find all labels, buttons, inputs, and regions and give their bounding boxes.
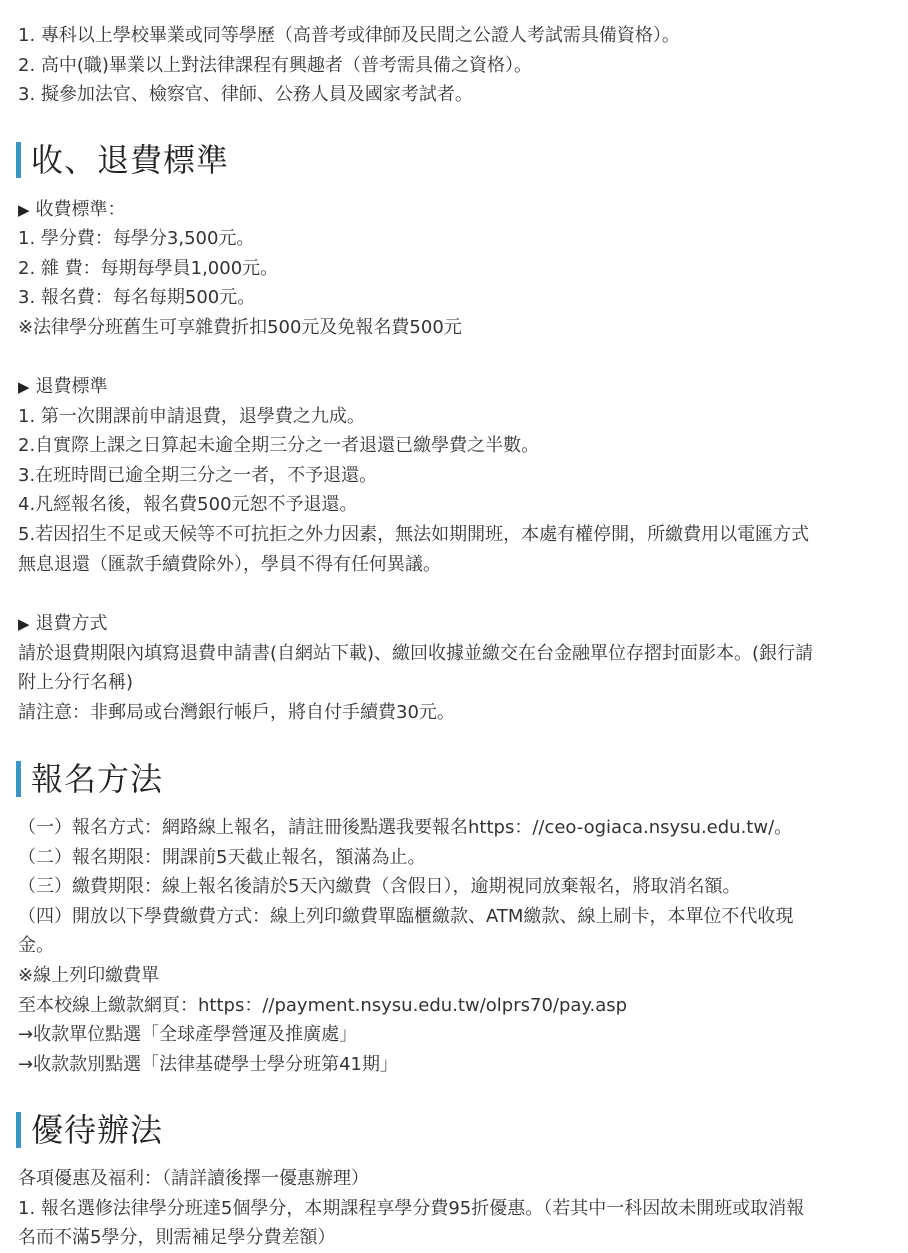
fee-item: 1. 學分費：每學分3,500元。: [18, 224, 254, 254]
registration-line: 金。: [18, 931, 54, 961]
subheading-label: 收費標準：: [36, 199, 126, 220]
subheading-label: 退費方式: [36, 613, 108, 634]
eligibility-item: 2. 高中(職)畢業以上對法律課程有興趣者（普考需具備之資格）。: [18, 51, 532, 81]
heading-accent-bar: [16, 142, 21, 178]
course-info-page: 1. 專科以上學校畢業或同等學歷（高普考或律師及民間之公證人考試需具備資格）。 …: [0, 0, 908, 1253]
fee-item: 3. 報名費：每名每期500元。: [18, 283, 255, 313]
fee-item: 2. 雜 費：每期每學員1,000元。: [18, 254, 278, 284]
payment-url-line: 至本校線上繳款網頁：https：//payment.nsysu.edu.tw/o…: [18, 991, 627, 1021]
discount-line: 各項優惠及福利：（請詳讀後擇一優惠辦理）: [18, 1164, 369, 1194]
registration-note: ※線上列印繳費單: [18, 961, 159, 991]
refund-item: 5.若因招生不足或天候等不可抗拒之外力因素，無法如期開班，本處有權停開，所繳費用…: [18, 520, 809, 550]
discount-line: 名而不滿5學分，則需補足學分費差額）: [18, 1223, 335, 1253]
registration-line: （四）開放以下學費繳費方式：線上列印繳費單臨櫃繳款、ATM繳款、線上刷卡，本單位…: [18, 902, 793, 932]
fee-note: ※法律學分班舊生可享雜費折扣500元及免報名費500元: [18, 313, 462, 343]
payment-step: →收款款別點選「法律基礎學士學分班第41期」: [18, 1050, 398, 1080]
discount-line: 1. 報名選修法律學分班達5個學分，本期課程享學分費95折優惠。（若其中一科因故…: [18, 1194, 804, 1224]
heading-accent-bar: [16, 1112, 21, 1148]
payment-step: →收款單位點選「全球產學營運及推廣處」: [18, 1020, 357, 1050]
triangle-right-icon: ▶: [18, 196, 30, 226]
refund-method-note: 請注意：非郵局或台灣銀行帳戶，將自付手續費30元。: [18, 698, 455, 728]
section-title: 優待辦法: [31, 1112, 163, 1148]
section-heading-fees: 收、退費標準: [16, 142, 229, 178]
refund-item-continued: 無息退還（匯款手續費除外），學員不得有任何異議。: [18, 550, 441, 580]
refund-item: 3.在班時間已逾全期三分之一者，不予退還。: [18, 461, 377, 491]
refund-item: 2.自實際上課之日算起未逾全期三分之一者退還已繳學費之半數。: [18, 431, 539, 461]
section-title: 收、退費標準: [31, 142, 229, 178]
refund-method-line: 附上分行名稱): [18, 668, 133, 698]
registration-line: （三）繳費期限：線上報名後請於5天內繳費（含假日），逾期視同放棄報名，將取消名額…: [18, 872, 740, 902]
heading-accent-bar: [16, 761, 21, 797]
refund-item: 4.凡經報名後，報名費500元恕不予退還。: [18, 490, 358, 520]
refund-item: 1. 第一次開課前申請退費，退學費之九成。: [18, 402, 365, 432]
subheading-label: 退費標準: [36, 376, 108, 397]
registration-line: （二）報名期限：開課前5天截止報名，額滿為止。: [18, 843, 425, 873]
section-heading-registration: 報名方法: [16, 761, 163, 797]
subheading-refund: ▶退費標準: [18, 372, 108, 403]
section-title: 報名方法: [31, 761, 163, 797]
registration-line: （一）報名方式：網路線上報名，請註冊後點選我要報名https：//ceo-ogi…: [18, 813, 792, 843]
subheading-collection: ▶收費標準：: [18, 195, 126, 226]
eligibility-item: 1. 專科以上學校畢業或同等學歷（高普考或律師及民間之公證人考試需具備資格）。: [18, 21, 680, 51]
subheading-refund-method: ▶退費方式: [18, 609, 108, 640]
triangle-right-icon: ▶: [18, 373, 30, 403]
refund-method-line: 請於退費期限內填寫退費申請書(自網站下載)、繳回收據並繳交在台金融單位存摺封面影…: [18, 639, 813, 669]
triangle-right-icon: ▶: [18, 610, 30, 640]
section-heading-discounts: 優待辦法: [16, 1112, 163, 1148]
eligibility-item: 3. 擬參加法官、檢察官、律師、公務人員及國家考試者。: [18, 80, 473, 110]
